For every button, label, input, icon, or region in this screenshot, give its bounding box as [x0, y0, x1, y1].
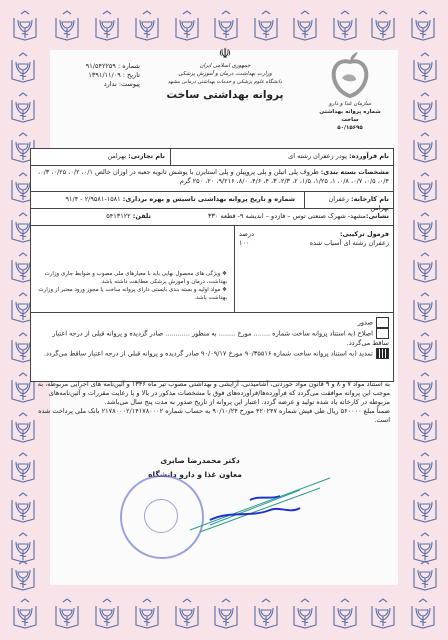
medical-emblem-icon [52, 598, 82, 630]
divider [304, 192, 305, 208]
medical-emblem-icon [410, 412, 440, 444]
meta-date: تاریخ : ۱۳۹۱/۱۱/۰۹ [50, 71, 140, 80]
notes-list: ❖ ویژگی های محصول نهایی باید با معیارهای… [35, 270, 227, 312]
formula-item-name: زعفران رشته ای آسیاب شده [310, 239, 389, 248]
medical-emblem-icon [92, 598, 122, 630]
medical-emblem-icon [172, 598, 202, 630]
medical-emblem-icon [368, 10, 398, 42]
medical-emblem-icon [410, 372, 440, 404]
status-option-issue[interactable]: صدور [35, 317, 389, 328]
medical-emblem-icon [408, 598, 438, 630]
medical-emblem-icon [408, 10, 438, 42]
ministry-name: وزارت بهداشت، درمان و آموزش پزشکی [160, 70, 290, 78]
meta-attachment-value: ندارد [104, 80, 117, 88]
medical-emblem-icon [410, 452, 440, 484]
formula-label: فرمول ترکیبی: [340, 230, 389, 239]
address-label: نشانی: [366, 212, 389, 220]
meta-number-label: شماره : [118, 62, 140, 70]
formula-item: زعفران رشته ای آسیاب شده ۱۰۰ [239, 239, 389, 248]
meta-attachment-label: پیوست: [119, 80, 140, 88]
phone-label: تلفن: [133, 212, 151, 220]
brand-label: نام تجارتی: [128, 152, 165, 160]
status-option-label: تمدید (به استناد پروانه ساخت شماره ۹۰/۳۵… [44, 350, 373, 358]
row-formula: فرمول ترکیبی: درصد زعفران رشته ای آسیاب … [31, 226, 393, 313]
medical-emblem-icon [410, 492, 440, 524]
status-option-amend[interactable]: اصلاح (به استناد پروانه ساخت شماره .....… [35, 328, 389, 348]
medical-emblem-icon [410, 132, 440, 164]
factory-label: نام کارخانه: [351, 195, 389, 203]
establishment-value: ۱۵۸۱-۲/۹۵۸۱ - ۹۱/۴ [66, 195, 121, 203]
medical-emblem-icon [8, 492, 38, 524]
product-value: پودر زعفران رشته ای [288, 152, 347, 160]
meta-number: شماره : ۹۱/۵۴۲۲۵۹ [50, 62, 140, 71]
meta-date-value: ۱۳۹۱/۱۱/۰۹ [88, 71, 120, 79]
medical-emblem-icon [410, 92, 440, 124]
medical-emblem-icon [410, 560, 440, 592]
medical-emblem-icon [8, 452, 38, 484]
medical-emblem-icon [330, 598, 360, 630]
address: نشانی:مشهد- شهرک صنعتی توس – فازدو – اند… [159, 212, 389, 225]
medical-emblem-icon [290, 598, 320, 630]
iran-emblem-icon: ☫ [160, 46, 290, 62]
medical-emblem-icon [172, 10, 202, 42]
meta-attachment: پیوست: ندارد [50, 80, 140, 89]
formula-header: فرمول ترکیبی: درصد [239, 230, 389, 239]
medical-emblem-icon [251, 10, 281, 42]
divider [234, 226, 235, 312]
note-text: ویژگی های محصول نهایی باید با معیارهای م… [45, 271, 227, 285]
payment-paragraph: ضمناً مبلغ ۵۶۰۰۰۰ ریال طی فیش شماره ۴۲۰۲… [32, 407, 390, 425]
license-label: شماره پروانه بهداشتی ساخت [312, 108, 388, 124]
medical-emblem-icon [8, 52, 38, 84]
checkbox-issue[interactable] [376, 317, 389, 328]
note-item: ❖ ویژگی های محصول نهایی باید با معیارهای… [35, 270, 227, 286]
row-packaging: مشخصات بسته بندی: ظروف پلی اتیلن و پلی پ… [31, 166, 393, 192]
republic-name: جمهوری اسلامی ایران [160, 62, 290, 70]
document-meta: شماره : ۹۱/۵۴۲۲۵۹ تاریخ : ۱۳۹۱/۱۱/۰۹ پیو… [50, 62, 140, 89]
product-label: نام فرآورده: [349, 152, 389, 160]
status-option-label: صدور [358, 319, 373, 327]
medical-emblem-icon [52, 10, 82, 42]
legal-paragraph: به استناد مواد ۷ و ۸ و ۹ قانون مواد خورد… [32, 380, 390, 407]
medical-emblem-icon [132, 598, 162, 630]
establishment-label: شماره و تاریخ پروانه بهداشتی تاسیس و بهر… [123, 195, 295, 203]
note-item: ❖ مواد اولیه و بسته بندی بایستی دارای پر… [35, 286, 227, 302]
medical-emblem-icon [410, 212, 440, 244]
row-address: نشانی:مشهد- شهرک صنعتی توس – فازدو – اند… [31, 209, 393, 226]
phone: تلفن: ۵۴۱۳۱۲۲ [61, 212, 151, 225]
factory-name: نام کارخانه: زعفران بهرامن [309, 195, 389, 208]
medical-emblem-icon [251, 598, 281, 630]
medical-emblem-icon [8, 92, 38, 124]
meta-number-value: ۹۱/۵۴۲۲۵۹ [86, 62, 116, 70]
medical-emblem-icon [92, 10, 122, 42]
medical-emblem-icon [290, 10, 320, 42]
checkbox-amend[interactable] [376, 328, 389, 339]
signatory-name: دکتر محمدرضا صابری [150, 456, 250, 465]
university-name: دانشگاه علوم پزشکی و خدمات بهداشتی درمان… [160, 78, 290, 86]
medical-emblem-icon [132, 10, 162, 42]
medical-emblem-icon [410, 292, 440, 324]
org-name: سازمان غذا و دارو [312, 100, 388, 108]
phone-value: ۵۴۱۳۱۲۲ [106, 212, 130, 220]
divider [170, 149, 171, 165]
row-status: صدور اصلاح (به استناد پروانه ساخت شماره … [31, 313, 393, 381]
formula: فرمول ترکیبی: درصد زعفران رشته ای آسیاب … [239, 230, 389, 312]
row-product: نام فرآورده: پودر زعفران رشته ای نام تجا… [31, 149, 393, 166]
page-title: پروانه بهداشتی ساخت [160, 89, 290, 101]
medical-emblem-icon [211, 10, 241, 42]
status-option-label: اصلاح (به استناد پروانه ساخت شماره .....… [52, 330, 389, 348]
brand-name: نام تجارتی: بهرامن [35, 152, 165, 165]
product-name: نام فرآورده: پودر زعفران رشته ای [189, 152, 389, 165]
meta-date-label: تاریخ : [123, 71, 140, 79]
license-details-table: نام فرآورده: پودر زعفران رشته ای نام تجا… [30, 148, 394, 382]
medical-emblem-icon [410, 172, 440, 204]
note-text: مواد اولیه و بسته بندی بایستی دارای پروا… [38, 287, 227, 301]
medical-emblem-icon [410, 332, 440, 364]
medical-emblem-icon [410, 52, 440, 84]
packaging-label: مشخصات بسته بندی: [321, 168, 389, 176]
address-value: مشهد- شهرک صنعتی توس – فازدو – اندیشه ۹-… [208, 212, 366, 220]
food-and-drug-organization-logo-icon [328, 52, 372, 100]
medical-emblem-icon [10, 598, 40, 630]
legal-text: به استناد مواد ۷ و ۸ و ۹ قانون مواد خورد… [32, 380, 390, 425]
checkbox-renew[interactable] [376, 348, 389, 359]
medical-emblem-icon [410, 252, 440, 284]
medical-emblem-icon [211, 598, 241, 630]
percent-label: درصد [239, 230, 254, 239]
medical-emblem-icon [330, 10, 360, 42]
header-center: ☫ جمهوری اسلامی ایران وزارت بهداشت، درما… [160, 46, 290, 101]
license-number: ۵۰/۱۵۶۹۵ [312, 124, 388, 132]
medical-emblem-icon [8, 560, 38, 592]
formula-item-percent: ۱۰۰ [239, 239, 249, 248]
brand-value: بهرامن [107, 152, 126, 160]
medical-emblem-icon [10, 10, 40, 42]
establishment-license: شماره و تاریخ پروانه بهداشتی تاسیس و بهر… [35, 195, 295, 208]
row-factory: نام کارخانه: زعفران بهرامن شماره و تاریخ… [31, 192, 393, 209]
header-right: سازمان غذا و دارو شماره پروانه بهداشتی س… [312, 52, 388, 132]
medical-emblem-icon [368, 598, 398, 630]
status-option-renew[interactable]: تمدید (به استناد پروانه ساخت شماره ۹۰/۳۵… [35, 348, 389, 359]
handwritten-signature-icon [150, 470, 350, 540]
